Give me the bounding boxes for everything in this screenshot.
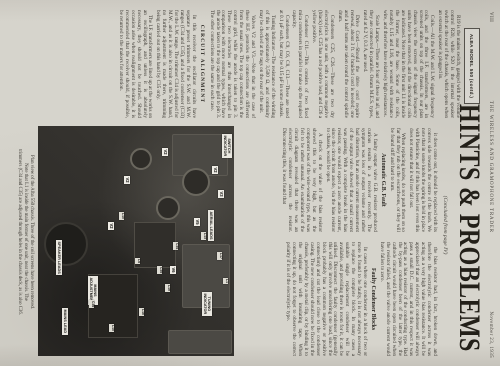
valve-label: V2 — [212, 166, 218, 174]
column-paragraph: R19 is the mains switch, ganged with the… — [436, 10, 460, 118]
issue-date: November 23, 1935 — [488, 311, 493, 358]
component-label: L15 — [109, 324, 114, 332]
component-label: C34 — [173, 242, 178, 250]
column-paragraph: Coils.—All the M.W. and L.W. signal freq… — [381, 10, 434, 118]
column-paragraph: In this receiver the oscillator circuits… — [155, 10, 196, 118]
column-paragraph: Condenser C11.—This consists of two fixe… — [291, 10, 309, 118]
valve-label: V5 — [194, 218, 200, 226]
column-paragraph: Automatic G.B. Fault — [379, 128, 385, 232]
screenshot-stage: VIII THE WIRELESS AND GRAMOPHONE TRADER … — [0, 0, 500, 366]
valve-label: V2 — [124, 176, 130, 184]
column-paragraph: In cases where one condenser in a block … — [284, 242, 367, 356]
column-paragraph: Condensers C25, C26.—These are two dry e… — [310, 10, 334, 118]
component-label: L13 — [201, 232, 206, 240]
exposed-coil — [156, 196, 180, 220]
page-number: VIII — [488, 12, 493, 22]
component-label: C36 — [89, 300, 94, 308]
chassis-photograph: SWITCH INDICATORAERIAL LEADSTUNING INDIC… — [38, 126, 234, 356]
column-paragraph: When replacing knobs, do not push them o… — [388, 128, 406, 232]
component-label: C35 — [157, 266, 162, 274]
column-paragraph: Drive Cord.—Should the drive cord requir… — [336, 10, 360, 118]
journal-name: THE WIRELESS AND GRAMOPHONE TRADER — [488, 101, 493, 233]
page-subtitle: (Concluded from page IV) — [442, 140, 448, 310]
valve-label: V3 — [218, 190, 224, 198]
photo-label: SPEAKER LEADS — [56, 240, 62, 275]
component-label: L1 — [223, 278, 228, 284]
text-column-3: the bias resistor had, in fact, broken d… — [227, 242, 437, 356]
component-label: L16 — [139, 308, 144, 316]
photo-label: TUNING INDICATOR — [202, 292, 212, 316]
coil-screen-can — [168, 330, 232, 354]
page-header: VIII THE WIRELESS AND GRAMOPHONE TRADER … — [488, 12, 493, 358]
column-paragraph: A check on the value of the bias resisto… — [280, 128, 321, 232]
component-label: L8 — [135, 258, 140, 264]
article-heading-box: ALBA MODEL 550 (contd.) — [464, 28, 480, 104]
text-column-2: it does come out, it should be replaced … — [237, 128, 437, 232]
column-paragraph: Valves V2 and V3.—Note that in the case … — [208, 10, 255, 118]
photo-label: AERIAL LEADS — [208, 210, 214, 241]
caption-line: Note that L1 is inside the main former o… — [22, 106, 28, 358]
component-label: L19 — [165, 284, 170, 292]
column-paragraph: CIRCUIT ALIGNMENT — [198, 10, 204, 118]
valve-label: V6 — [170, 266, 176, 274]
caption-line: Plan view of the Alba 550 chassis. Three… — [28, 106, 34, 358]
exposed-coil — [182, 168, 210, 196]
photo-label: SWITCH INDICATOR — [222, 134, 232, 158]
column-paragraph: it does come out, it should be replaced … — [407, 128, 437, 232]
valve-label: V2 — [162, 148, 168, 156]
column-paragraph: the bias resistor had, in fact, broken d… — [378, 242, 437, 356]
column-paragraph: The I.F. transformers are lined up at th… — [117, 10, 152, 118]
column-paragraph: Faulty Condenser Blocks — [369, 242, 375, 356]
column-paragraph: Condensers C9, C6, C8, C13.—These are ra… — [277, 10, 289, 118]
photo-caption: Plan view of the Alba 550 chassis. Three… — [17, 106, 34, 358]
speaker — [44, 222, 88, 266]
column-paragraph: Tuning Indicator.—The resistance of the … — [257, 10, 275, 118]
exposed-coil — [130, 148, 152, 170]
valve-label: V2 — [108, 222, 114, 230]
component-label: L17 — [217, 252, 222, 260]
photo-label: MAINS LEAD — [62, 308, 68, 335]
text-column-1: R19 is the mains switch, ganged with the… — [8, 10, 460, 118]
component-label: L10 — [119, 212, 124, 220]
page-title: HINTS & PROBLEMS — [452, 104, 486, 352]
scanned-magazine-page: VIII THE WIRELESS AND GRAMOPHONE TRADER … — [0, 0, 500, 366]
column-paragraph: A faulty output valve G.B. resistor prod… — [324, 128, 377, 232]
article-heading-label: ALBA MODEL 550 (contd.) — [470, 34, 475, 98]
column-paragraph: Scale Lamps.—There are four of these in … — [362, 10, 380, 118]
caption-line: trimmers (C34 and C35) are adjusted thro… — [17, 106, 23, 358]
page-title-wrap: HINTS & PROBLEMS — [452, 104, 486, 344]
